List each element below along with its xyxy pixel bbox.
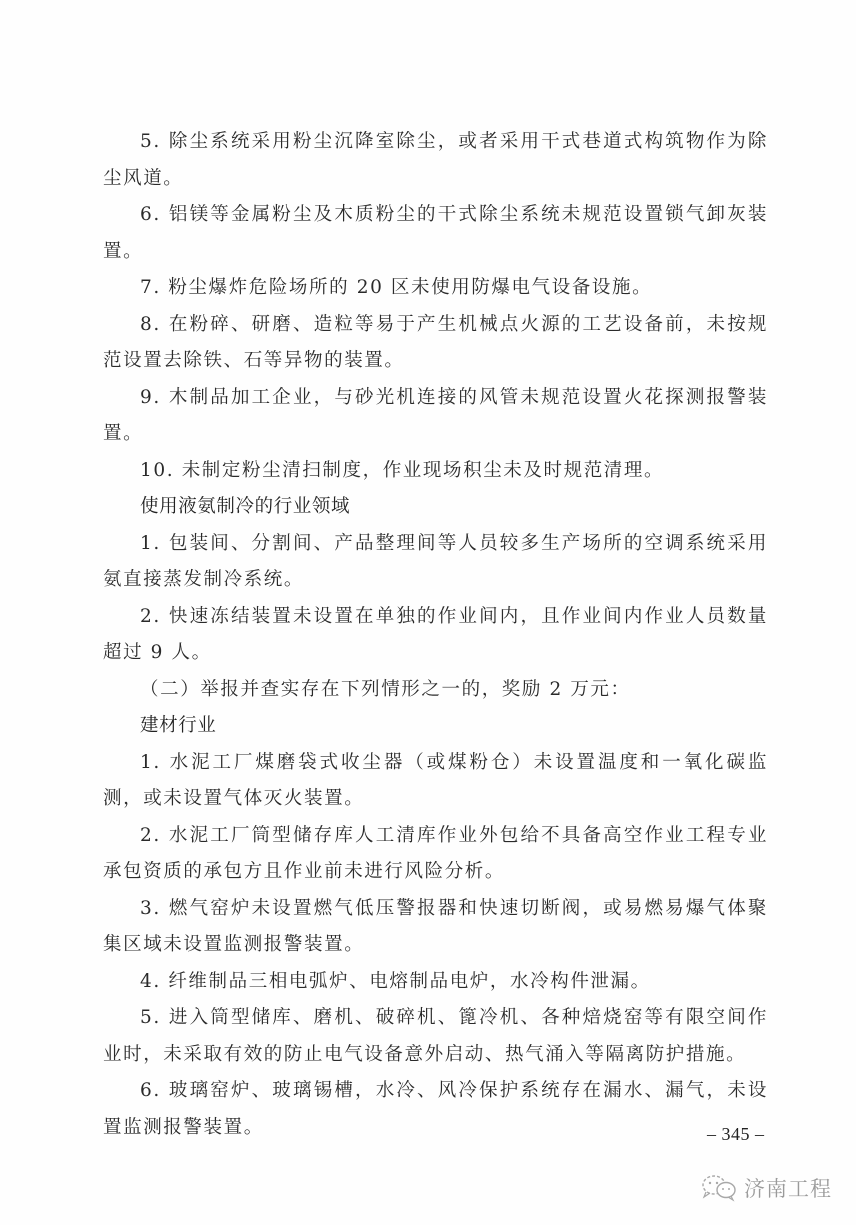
paragraph-dust-8: 8. 在粉碎、研磨、造粒等易于产生机械点火源的工艺设备前，未按规范设置去除铁、石… bbox=[103, 307, 768, 380]
paragraph-building-1: 1. 水泥工厂煤磨袋式收尘器（或煤粉仓）未设置温度和一氧化碳监测，或未设置气体灭… bbox=[103, 745, 768, 818]
paragraph-dust-7: 7. 粉尘爆炸危险场所的 20 区未使用防爆电气设备设施。 bbox=[103, 270, 768, 307]
paragraph-building-4: 4. 纤维制品三相电弧炉、电熔制品电炉，水冷构件泄漏。 bbox=[103, 964, 768, 1001]
section-heading-ammonia: 使用液氨制冷的行业领域 bbox=[103, 489, 768, 526]
watermark-text: 济南工程 bbox=[744, 1173, 832, 1203]
paragraph-dust-6: 6. 铝镁等金属粉尘及木质粉尘的干式除尘系统未规范设置锁气卸灰装置。 bbox=[103, 197, 768, 270]
paragraph-dust-10: 10. 未制定粉尘清扫制度，作业现场积尘未及时规范清理。 bbox=[103, 453, 768, 490]
paragraph-building-6: 6. 玻璃窑炉、玻璃锡槽，水冷、风冷保护系统存在漏水、漏气，未设置监测报警装置。 bbox=[103, 1073, 768, 1146]
paragraph-dust-9: 9. 木制品加工企业，与砂光机连接的风管未规范设置火花探测报警装置。 bbox=[103, 380, 768, 453]
watermark: 济南工程 bbox=[700, 1173, 832, 1203]
paragraph-building-3: 3. 燃气窑炉未设置燃气低压警报器和快速切断阀，或易燃易爆气体聚集区域未设置监测… bbox=[103, 891, 768, 964]
document-page: 5. 除尘系统采用粉尘沉降室除尘，或者采用干式巷道式构筑物作为除尘风道。 6. … bbox=[0, 0, 856, 1225]
page-number: – 345 – bbox=[707, 1124, 765, 1145]
wechat-icon bbox=[700, 1173, 740, 1203]
paragraph-ammonia-2: 2. 快速冻结装置未设置在单独的作业间内，且作业间内作业人员数量超过 9 人。 bbox=[103, 599, 768, 672]
paragraph-reward-2: （二）举报并查实存在下列情形之一的，奖励 2 万元： bbox=[103, 672, 768, 709]
paragraph-building-2: 2. 水泥工厂筒型储存库人工清库作业外包给不具备高空作业工程专业承包资质的承包方… bbox=[103, 818, 768, 891]
document-body: 5. 除尘系统采用粉尘沉降室除尘，或者采用干式巷道式构筑物作为除尘风道。 6. … bbox=[103, 124, 768, 1146]
paragraph-building-5: 5. 进入筒型储库、磨机、破碎机、篦冷机、各种焙烧窑等有限空间作业时，未采取有效… bbox=[103, 1000, 768, 1073]
paragraph-ammonia-1: 1. 包装间、分割间、产品整理间等人员较多生产场所的空调系统采用氨直接蒸发制冷系… bbox=[103, 526, 768, 599]
paragraph-dust-5: 5. 除尘系统采用粉尘沉降室除尘，或者采用干式巷道式构筑物作为除尘风道。 bbox=[103, 124, 768, 197]
section-heading-building-materials: 建材行业 bbox=[103, 708, 768, 745]
